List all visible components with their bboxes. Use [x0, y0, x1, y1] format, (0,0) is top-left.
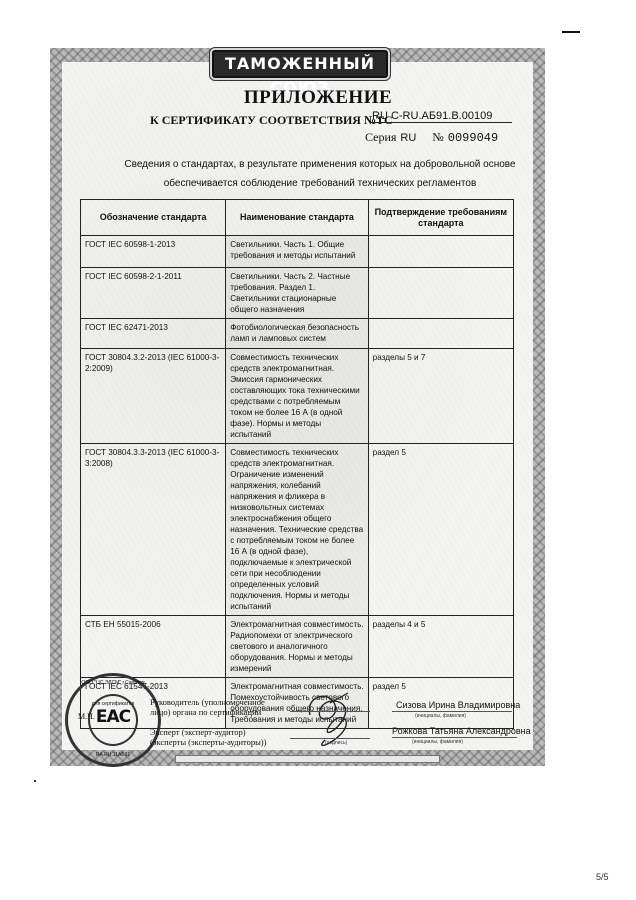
- cell-name: Совместимость технических средств электр…: [226, 444, 368, 616]
- page-indicator: 5/5: [596, 872, 609, 882]
- series-label: Серия: [365, 130, 396, 144]
- eac-mark-icon: ЕАС: [90, 707, 136, 727]
- cell-confirmation: раздел 5: [368, 444, 513, 616]
- intro-text: Сведения о стандартах, в результате прим…: [90, 155, 550, 193]
- stamp-reg-number: RA.RU.11АБ91: [68, 752, 158, 758]
- intro-line-1: Сведения о стандартах, в результате прим…: [90, 155, 550, 174]
- cell-name: Светильники. Часть 1. Общие требования и…: [226, 236, 368, 268]
- expert-signatory-label: Эксперт (эксперт-аудитор) (эксперты (экс…: [150, 727, 266, 747]
- table-row: ГОСТ IEC 60598-2-1-2011 Светильники. Час…: [81, 268, 514, 319]
- head-name-line: [392, 711, 512, 712]
- cell-name: Светильники. Часть 2. Частные требования…: [226, 268, 368, 319]
- table-header-row: Обозначение стандарта Наименование станд…: [81, 200, 514, 236]
- header-name: Наименование стандарта: [226, 200, 368, 236]
- expert-name-caption: (инициалы, фамилия): [412, 739, 463, 745]
- form-footer-strip: [175, 755, 440, 763]
- table-row: ГОСТ IEC 60598-1-2013 Светильники. Часть…: [81, 236, 514, 268]
- head-label-line-2: лицо) органа по сертификации: [150, 707, 265, 717]
- certificate-number: RU C-RU.АБ91.В.00109: [370, 110, 512, 123]
- standards-table: Обозначение стандарта Наименование станд…: [80, 199, 514, 729]
- cell-confirmation: [368, 268, 513, 319]
- cell-confirmation: [368, 319, 513, 349]
- expert-sign-line: [290, 738, 370, 739]
- stamp-center: для сертификатов ЕАС: [88, 694, 138, 746]
- header-confirmation: Подтверждение требованиям стандарта: [368, 200, 513, 236]
- table-row: ГОСТ IEC 62471-2013 Фотобиологическая бе…: [81, 319, 514, 349]
- number-value: 0099049: [448, 131, 498, 145]
- cell-code: ГОСТ IEC 62471-2013: [81, 319, 226, 349]
- cell-name: Совместимость технических средств электр…: [226, 349, 368, 444]
- head-name-caption: (инициалы, фамилия): [415, 713, 466, 719]
- cell-confirmation: [368, 236, 513, 268]
- page-title: ПРИЛОЖЕНИЕ: [0, 87, 636, 109]
- cell-code: ГОСТ 30804.3.3-2013 (IEC 61000-3-3:2008): [81, 444, 226, 616]
- cell-code: ГОСТ IEC 60598-2-1-2011: [81, 268, 226, 319]
- header-code: Обозначение стандарта: [81, 200, 226, 236]
- head-signatory-label: Руководитель (уполномоченное лицо) орган…: [150, 697, 265, 717]
- cell-code: СТБ ЕН 55015-2006: [81, 616, 226, 678]
- expert-name: Рожкова Татьяна Александровна: [392, 726, 531, 736]
- page-mark-dash: [562, 31, 580, 33]
- cell-name: Электромагнитная совместимость. Радиопом…: [226, 616, 368, 678]
- stamp-org-text: ООО "ЦС ЭЛСМ" г.Саратов: [68, 680, 158, 686]
- expert-label-line-2: (эксперты (эксперты-аудиторы)): [150, 737, 266, 747]
- table-row: ГОСТ 30804.3.3-2013 (IEC 61000-3-3:2008)…: [81, 444, 514, 616]
- expert-name-line: [392, 737, 517, 738]
- cell-name: Фотобиологическая безопасность ламп и ла…: [226, 319, 368, 349]
- head-name: Сизова Ирина Владимировна: [396, 700, 520, 710]
- head-label-line-1: Руководитель (уполномоченное: [150, 697, 265, 707]
- number-label: №: [432, 130, 443, 144]
- series-line: СерияRU№0099049: [365, 130, 498, 145]
- sign-caption: (подпись): [325, 740, 347, 746]
- scan-speck: [34, 780, 36, 782]
- table-row: СТБ ЕН 55015-2006 Электромагнитная совме…: [81, 616, 514, 678]
- cell-code: ГОСТ IEC 60598-1-2013: [81, 236, 226, 268]
- cell-confirmation: разделы 4 и 5: [368, 616, 513, 678]
- certification-stamp: ООО "ЦС ЭЛСМ" г.Саратов М.П. для сертифи…: [65, 673, 161, 767]
- cell-confirmation: разделы 5 и 7: [368, 349, 513, 444]
- certificate-label: К СЕРТИФИКАТУ СООТВЕТСТВИЯ №ТС: [150, 113, 393, 128]
- intro-line-2: обеспечивается соблюдение требований тех…: [90, 174, 550, 193]
- expert-label-line-1: Эксперт (эксперт-аудитор): [150, 727, 266, 737]
- cell-code: ГОСТ 30804.3.2-2013 (IEC 61000-3-2:2009): [81, 349, 226, 444]
- head-sign-line: [290, 711, 370, 712]
- customs-union-banner: ТАМОЖЕННЫЙ СОЮЗ: [212, 50, 388, 78]
- series-value: RU: [400, 132, 416, 144]
- table-row: ГОСТ 30804.3.2-2013 (IEC 61000-3-2:2009)…: [81, 349, 514, 444]
